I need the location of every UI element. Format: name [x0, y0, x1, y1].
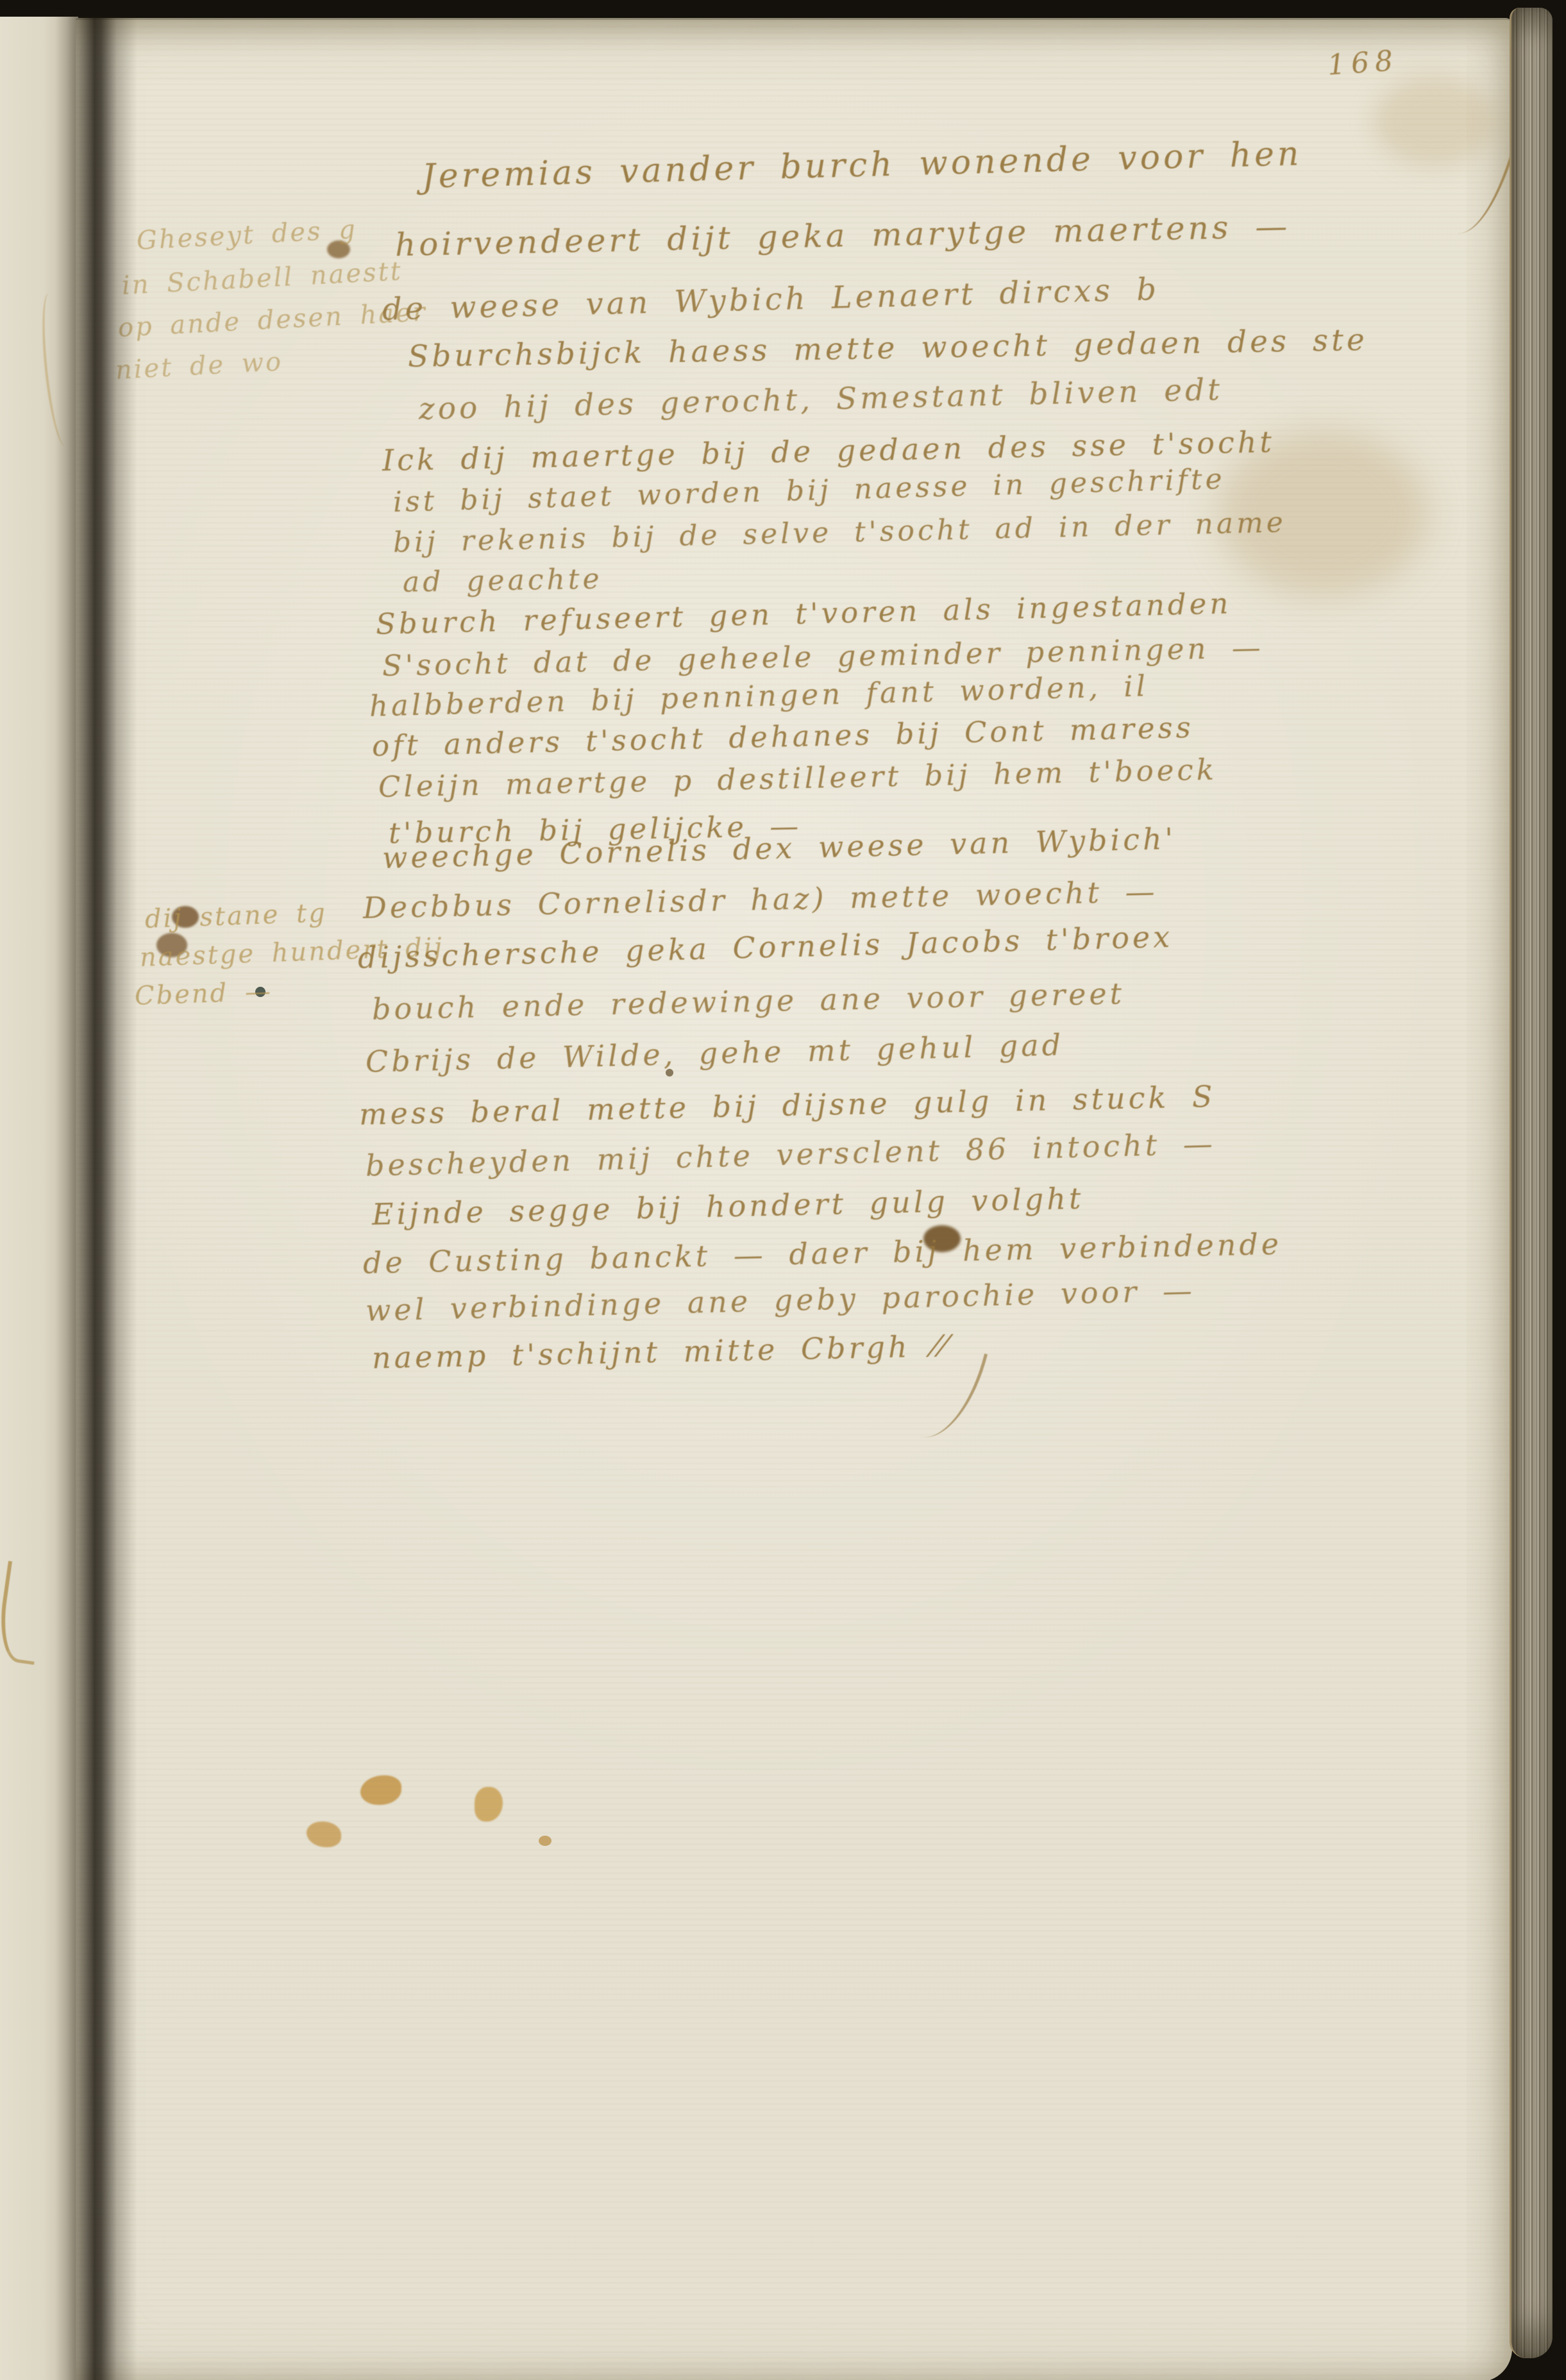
page-stack-fore-edge	[1510, 8, 1553, 2358]
handwritten-line: bouch ende redewinge ane voor gereet	[371, 976, 1125, 1027]
body-paragraph-2: weechge Cornelis dex weese van Wybich'De…	[76, 20, 1512, 2380]
facing-page-edge	[0, 17, 78, 2380]
handwritten-line: wel verbindinge ane geby parochie voor —	[365, 1273, 1195, 1328]
handwritten-line: de Custing banckt — daer bij hem verbind…	[362, 1227, 1282, 1280]
handwritten-line: dijsschersche geka Cornelis Jacobs t'bro…	[357, 919, 1173, 975]
stray-ink-mark	[37, 292, 78, 448]
handwritten-line: Decbbus Cornelisdr haz) mette woecht —	[362, 874, 1158, 925]
stray-ink-mark	[0, 1561, 47, 1664]
handwritten-line: naemp t'schijnt mitte Cbrgh ⁄⁄	[371, 1328, 950, 1375]
handwritten-line: Eijnde segge bij hondert gulg volght	[371, 1181, 1084, 1232]
handwritten-line: weechge Cornelis dex weese van Wybich'	[382, 821, 1176, 875]
handwritten-line: mess beral mette bij dijsne gulg in stuc…	[358, 1079, 1215, 1132]
handwritten-line: Cbrijs de Wilde, gehe mt gehul gad	[365, 1027, 1064, 1079]
handwritten-line: bescheyden mij chte versclent 86 intocht…	[365, 1126, 1216, 1183]
manuscript-page: 168 Gheseyt des gin Schabell naesttop an…	[76, 18, 1512, 2380]
manuscript-scan: 168 Gheseyt des gin Schabell naesttop an…	[0, 0, 1566, 2380]
